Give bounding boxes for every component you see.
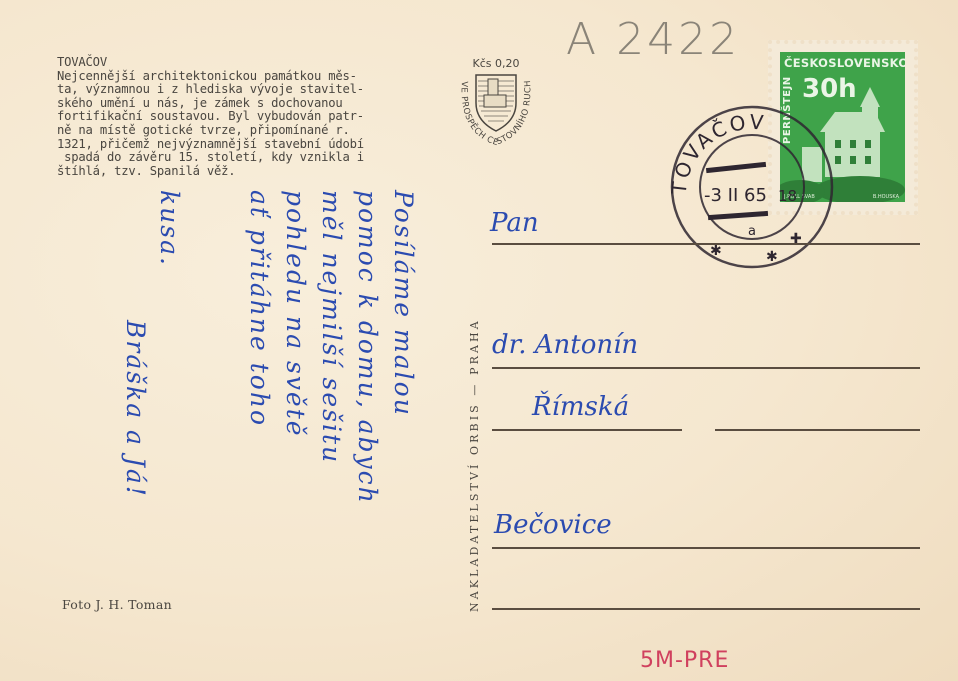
printed-caption: TOVAČOV Nejcennější architektonickou pam… [57, 56, 427, 178]
message-line: kusa. [155, 190, 184, 267]
caption-line: štíhlá, tzv. Spanilá věž. [57, 165, 427, 179]
address-salutation: Pan [490, 208, 539, 238]
address-line-5 [492, 608, 920, 610]
caption-line: ského umění u nás, je zámek s dochovanou [57, 97, 427, 111]
stamp-country: ČESKOSLOVENSKO [784, 56, 905, 70]
stamp-value: 30h [802, 74, 857, 104]
photo-credit: Foto J. H. Toman [62, 597, 172, 612]
stamp-credit-right: B.HOUSKA [873, 194, 899, 200]
address-line-3a [492, 429, 682, 431]
address-street: Římská [532, 392, 629, 422]
address-line-4 [492, 547, 920, 549]
svg-text:✱: ✱ [766, 249, 778, 265]
postmark-icon: TOVAČOV -3 II 65 18 a ✱ ✱ ✚ [668, 103, 836, 271]
address-line-3b [715, 429, 920, 431]
svg-text:a: a [748, 224, 756, 239]
caption-line: ta, významnou i z hlediska vývoje stavit… [57, 83, 427, 97]
tax-mark-icon: Kčs 0,20 VE PROSPĚCH CESTOVNÍHO RUCHU [446, 53, 546, 153]
caption-line: spadá do závěru 15. století, kdy vznikla… [57, 151, 427, 165]
caption-line: ně na místě gotické tvrze, připomínané r… [57, 124, 427, 138]
svg-text:Kčs 0,20: Kčs 0,20 [473, 57, 520, 70]
message-line: pohledu na světě [281, 190, 310, 438]
caption-title: TOVAČOV [57, 56, 427, 70]
message-line: pomoc k domu, abych [353, 190, 382, 505]
handwritten-message: Posíláme malou pomoc k domu, abych měl n… [100, 190, 420, 630]
pencil-catalog-note: A 2422 [566, 14, 740, 65]
address-line-2 [492, 367, 920, 369]
caption-line: 1321, přičemž nejvýznamnější stavební úd… [57, 138, 427, 152]
svg-text:✱: ✱ [710, 243, 722, 259]
address-name: dr. Antonín [492, 330, 638, 360]
postcard-back: TOVAČOV Nejcennější architektonickou pam… [0, 0, 958, 681]
svg-text:-3 II 65: -3 II 65 [704, 185, 767, 206]
message-signature: Bráška a Já! [121, 320, 150, 498]
address-town: Bečovice [494, 510, 612, 540]
svg-text:18: 18 [778, 187, 797, 205]
red-pencil-note: 5M-PRE [640, 648, 729, 673]
publisher-imprint: NAKLADATELSTVÍ ORBIS — PRAHA [468, 318, 481, 612]
message-line: měl nejmilší sešitu [317, 190, 346, 464]
message-line: Posíláme malou [389, 190, 418, 417]
message-line: ať přitáhne toho [245, 190, 274, 427]
caption-line: fortifikační soustavou. Byl vybudován pa… [57, 110, 427, 124]
caption-line: Nejcennější architektonickou památkou mě… [57, 70, 427, 84]
svg-text:TOVAČOV: TOVAČOV [668, 110, 767, 197]
address-line-1 [492, 243, 920, 245]
